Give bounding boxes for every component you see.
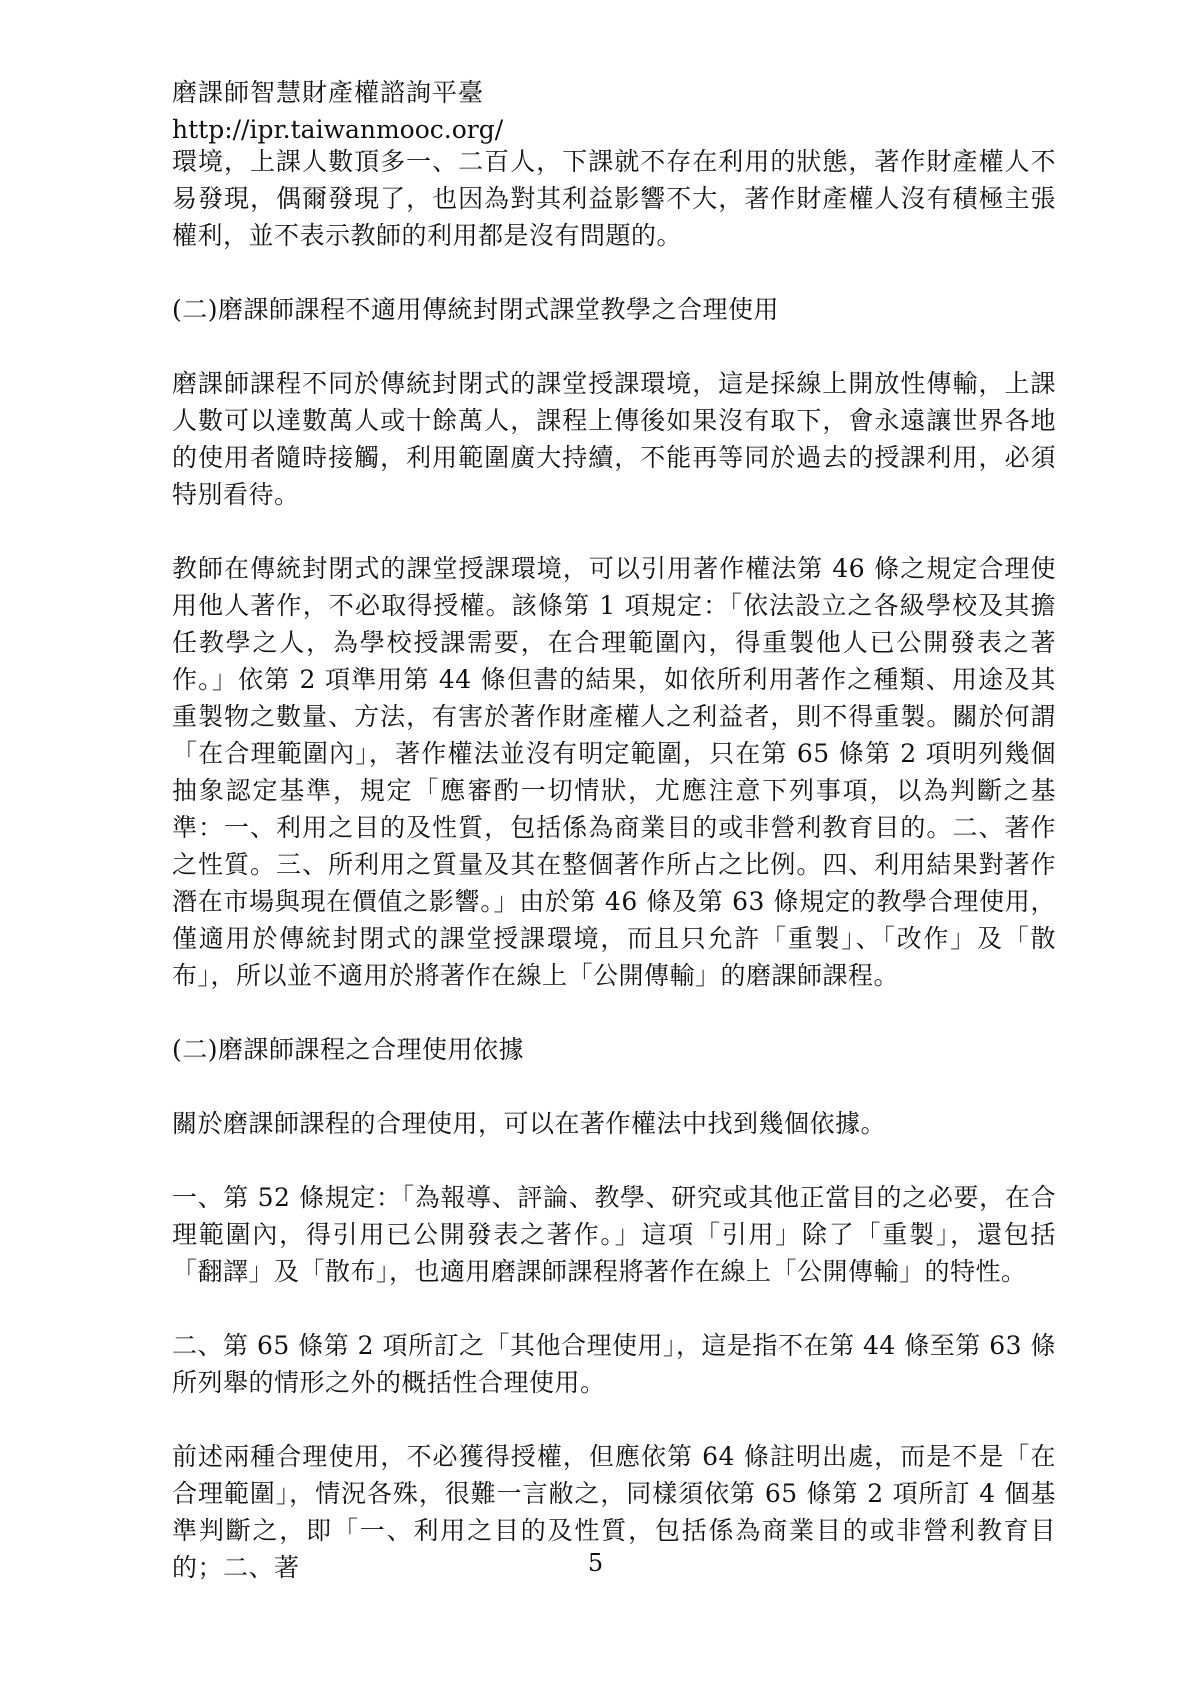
paragraph: 磨課師課程不同於傳統封閉式的課堂授課環境，這是採線上開放性傳輸，上課人數可以達數… <box>172 365 1056 513</box>
paragraph: 關於磨課師課程的合理使用，可以在著作權法中找到幾個依據。 <box>172 1105 1056 1142</box>
page-number: 5 <box>588 1549 603 1577</box>
paragraph: 一、第 52 條規定：「為報導、評論、教學、研究或其他正當目的之必要，在合理範圍… <box>172 1179 1056 1290</box>
paragraph: 教師在傳統封閉式的課堂授課環境，可以引用著作權法第 46 條之規定合理使用他人著… <box>172 550 1056 994</box>
section-heading: (二)磨課師課程之合理使用依據 <box>172 1031 1056 1068</box>
paragraph: 環境，上課人數頂多一、二百人，下課就不存在利用的狀態，著作財產權人不易發現，偶爾… <box>172 143 1056 254</box>
page-header: 磨課師智慧財產權諮詢平臺 http://ipr.taiwanmooc.org/ <box>172 74 1056 148</box>
site-title: 磨課師智慧財產權諮詢平臺 <box>172 74 1056 111</box>
document-body: 環境，上課人數頂多一、二百人，下課就不存在利用的狀態，著作財產權人不易發現，偶爾… <box>172 143 1056 1623</box>
section-heading: (二)磨課師課程不適用傳統封閉式課堂教學之合理使用 <box>172 291 1056 328</box>
page-footer: 5 <box>0 1548 1191 1578</box>
document-page: 磨課師智慧財產權諮詢平臺 http://ipr.taiwanmooc.org/ … <box>0 0 1191 1684</box>
paragraph: 二、第 65 條第 2 項所訂之「其他合理使用」，這是指不在第 44 條至第 6… <box>172 1327 1056 1401</box>
